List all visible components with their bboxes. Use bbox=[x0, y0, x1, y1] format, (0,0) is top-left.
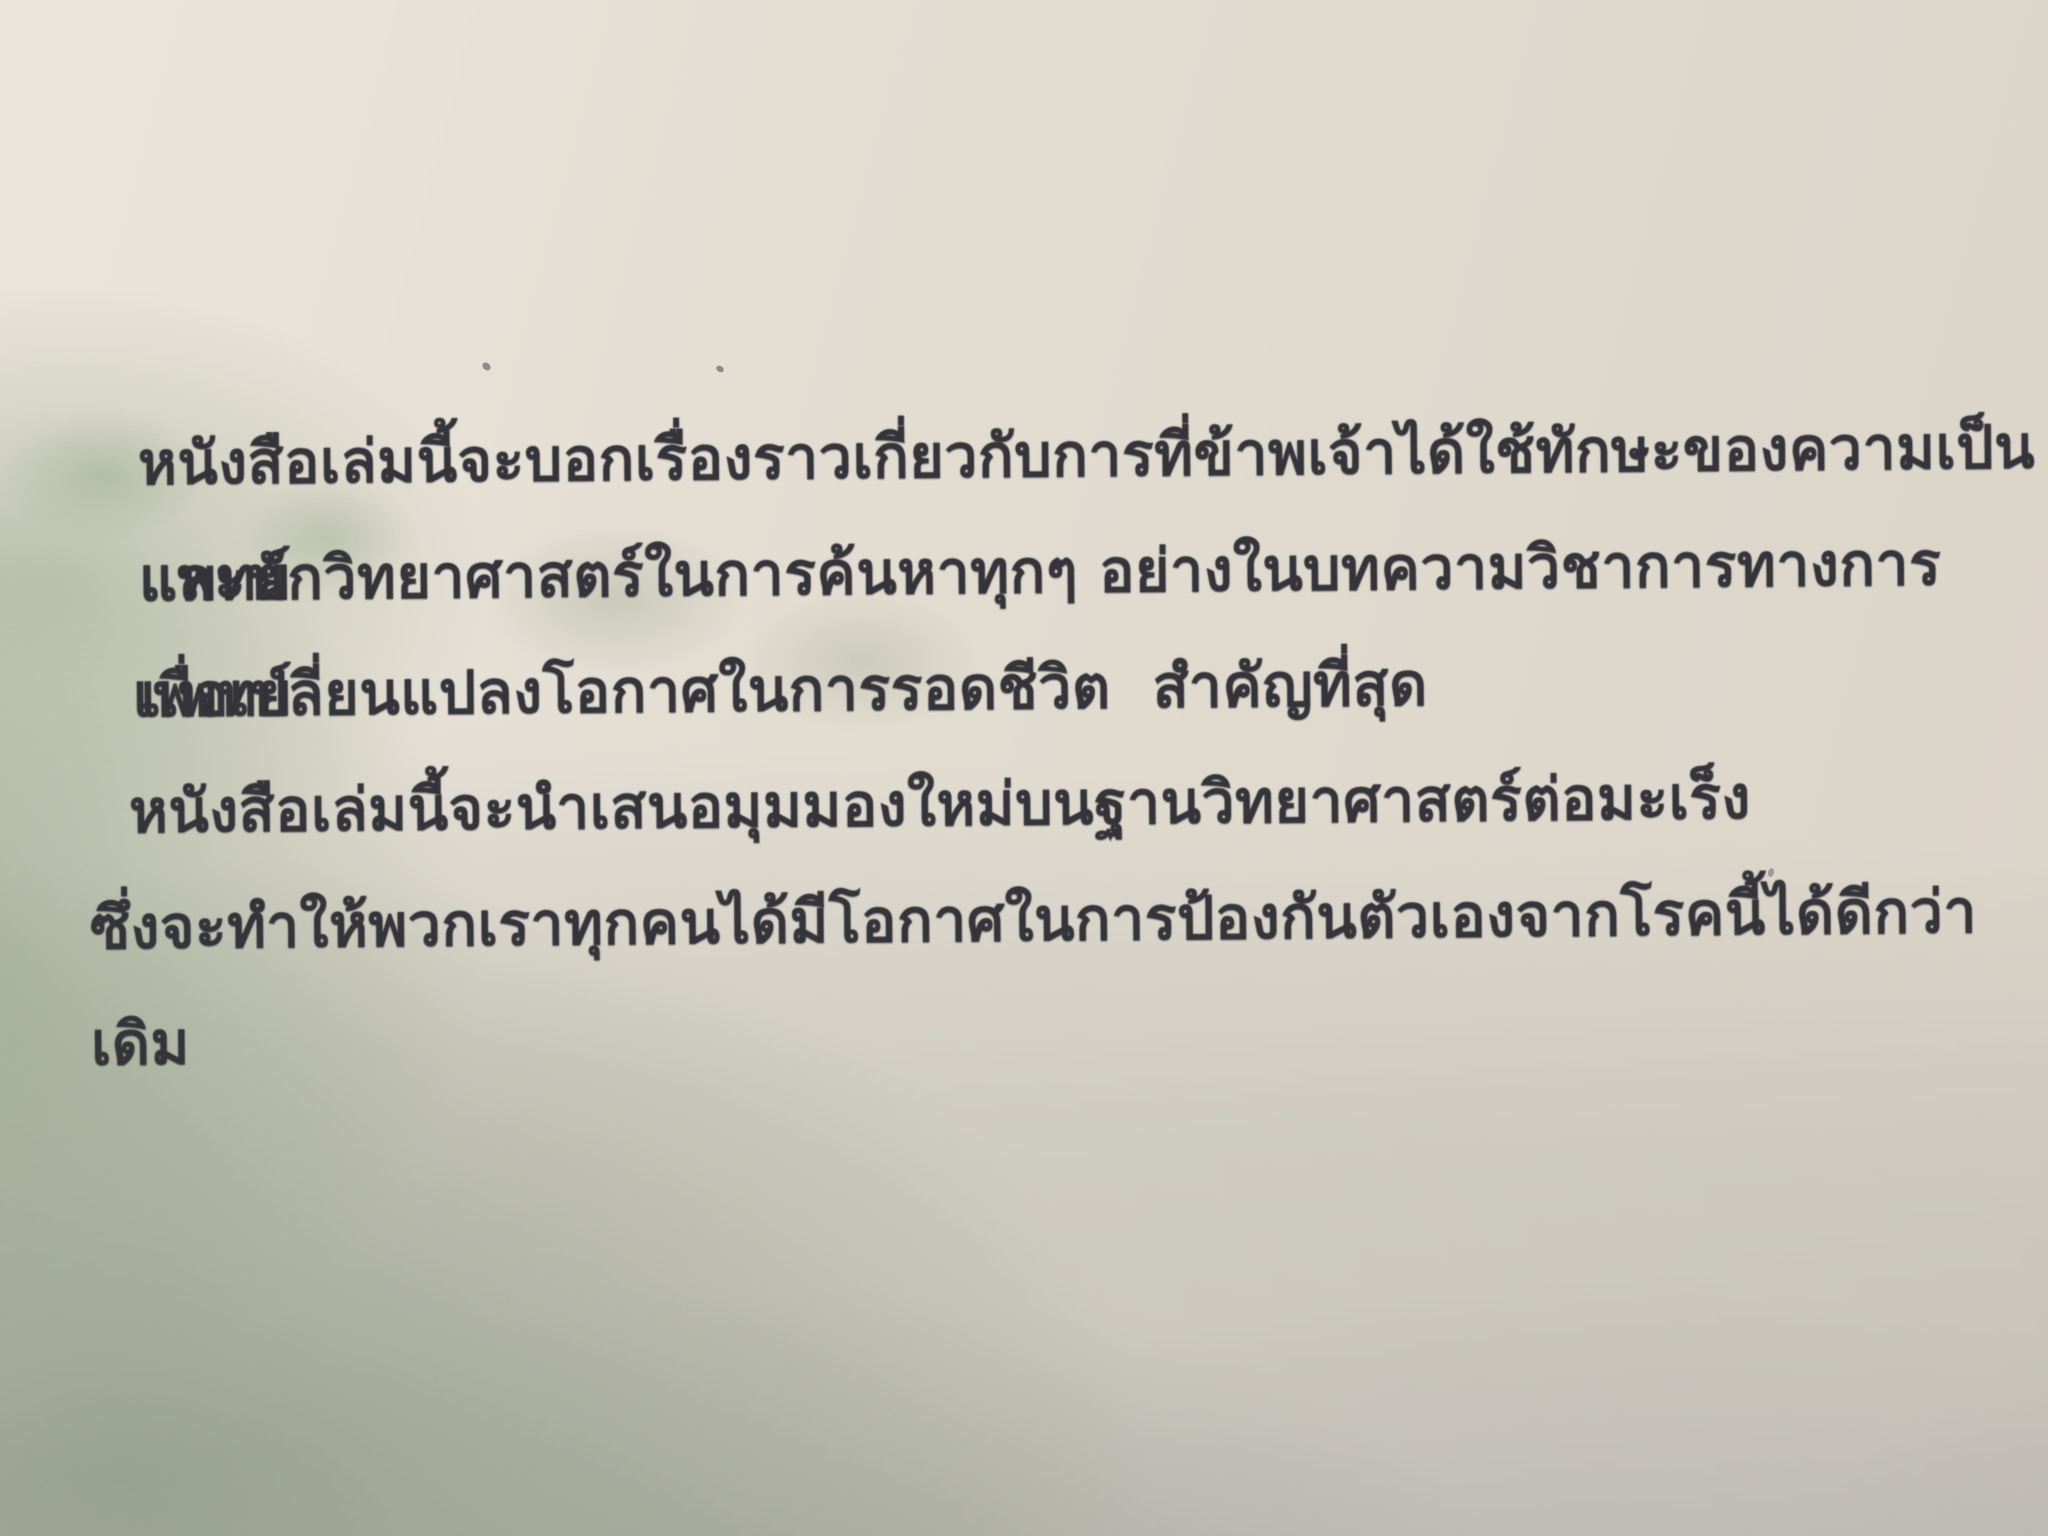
text-line-1: หนังสือเล่มนี้จะบอกเรื่องราวเกี่ยวกับการ… bbox=[138, 389, 2047, 522]
text-line-2: และนักวิทยาศาสตร์ในการค้นหาทุกๆ อย่างในบ… bbox=[139, 505, 2048, 638]
text-line-4: หนังสือเล่มนี้จะนำเสนอมุมมองใหม่บนฐานวิท… bbox=[129, 737, 2048, 870]
paragraph: หนังสือเล่มนี้จะบอกเรื่องราวเกี่ยวกับการ… bbox=[0, 389, 2048, 987]
book-page-photo: หนังสือเล่มนี้จะบอกเรื่องราวเกี่ยวกับการ… bbox=[0, 0, 2048, 1536]
text-line-5: ซึ่งจะทำให้พวกเราทุกคนได้มีโอกาศในการป้อ… bbox=[90, 853, 2048, 986]
text-line-3: เพื่อเปลี่ยนแปลงโอกาศในการรอดชีวิต สำคัญ… bbox=[133, 621, 2048, 754]
